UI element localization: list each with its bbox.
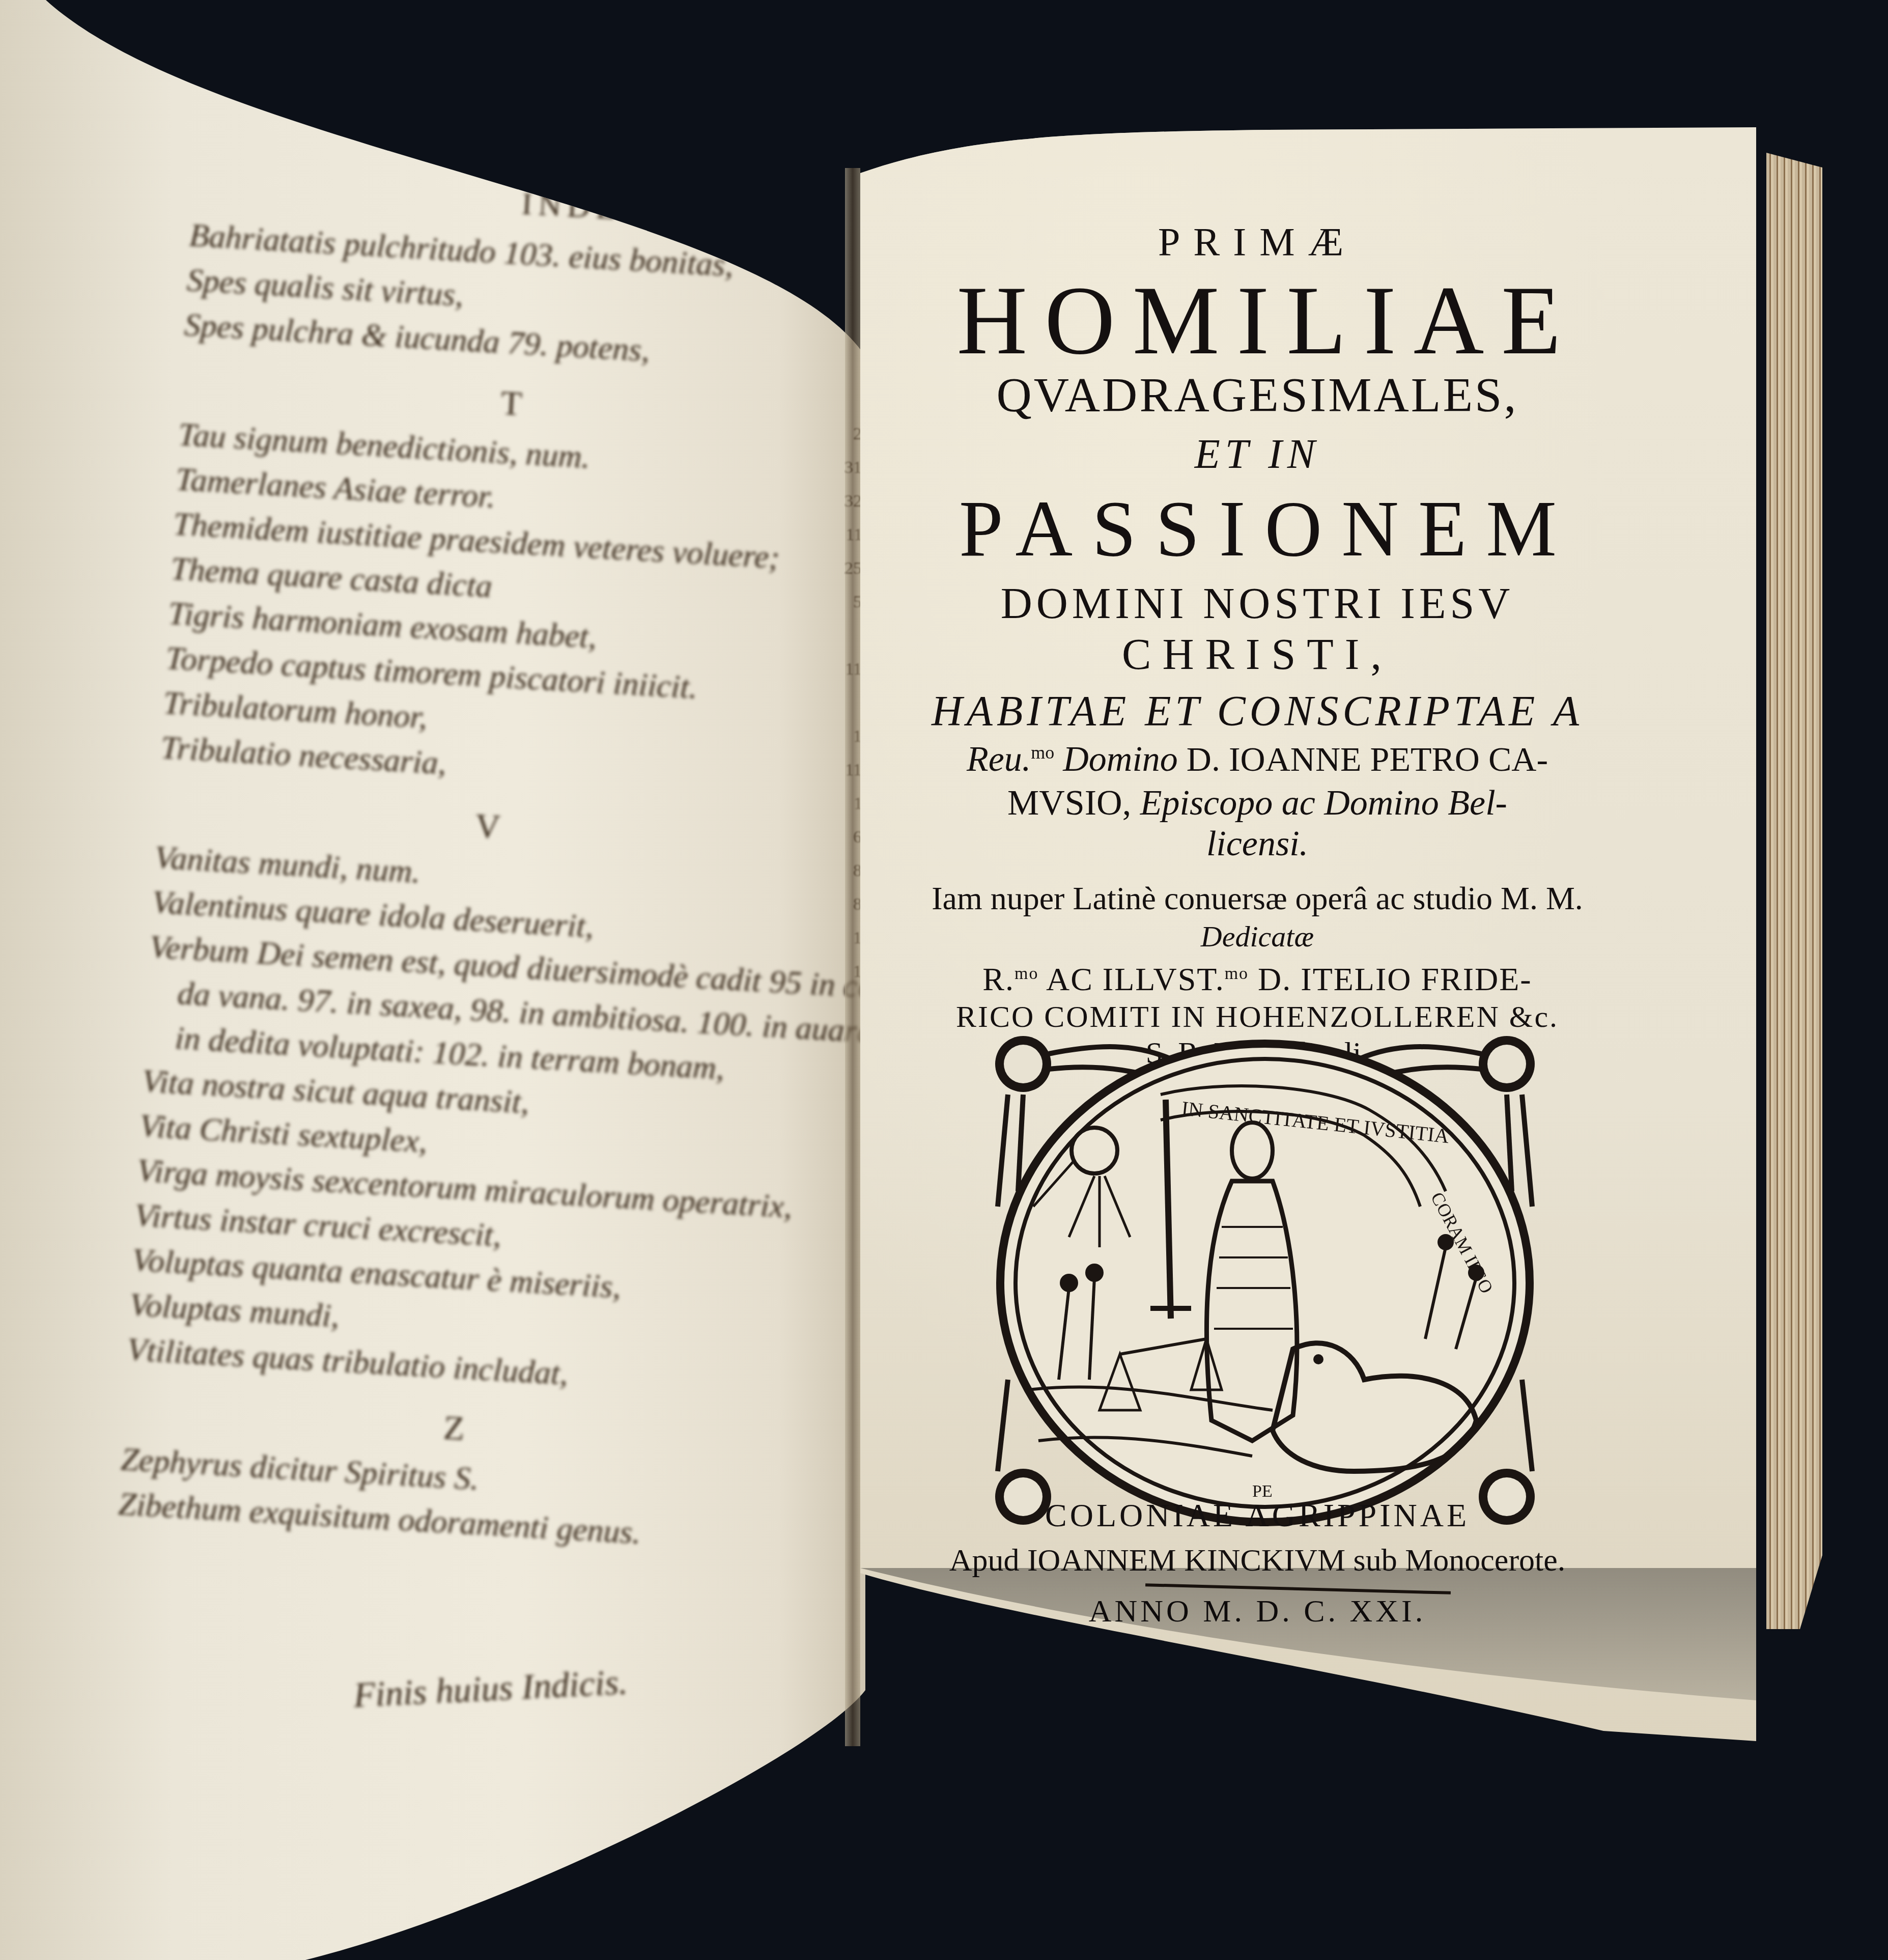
title-quadragesimales: QVADRAGESIMALES, <box>860 367 1654 423</box>
author-honorific: Reu. <box>967 740 1031 779</box>
index-closing: Finis huius Indicis. <box>353 1653 772 1718</box>
title-domini: DOMINI NOSTRI IESV <box>860 578 1654 629</box>
index-section-t: Tau signum benedictionis, num. Tamerlane… <box>159 412 840 806</box>
dedication-label: Dedicatæ <box>860 919 1654 954</box>
author-name: D. IOANNE PETRO CA- <box>1187 740 1548 778</box>
left-page-index: INDEX Bahriatatis pulchritudo 103. eius … <box>0 0 865 1960</box>
dedicatee-line: R.mo AC ILLVST.mo D. ITELIO FRIDE- <box>860 961 1654 998</box>
title-prime: PRIMÆ <box>860 219 1654 265</box>
book-gutter <box>845 168 860 1746</box>
index-section-s: Bahriatatis pulchritudo 103. eius bonita… <box>183 213 852 384</box>
dedicatee-sup: mo <box>1015 964 1038 983</box>
translation-note: Iam nuper Latinè conuersæ operâ ac studi… <box>860 880 1654 917</box>
right-page-title: PRIMÆ HOMILIAE QVADRAGESIMALES, ET IN PA… <box>860 127 1756 1741</box>
dedicatee-name: D. ITELIO FRIDE- <box>1258 961 1532 997</box>
title-habitae: HABITAE ET CONSCRIPTAE A <box>860 687 1654 736</box>
author-name-cont: MVSIO, <box>1007 783 1131 823</box>
title-homiliae: HOMILIAE <box>881 270 1654 372</box>
author-domino: Domino <box>1063 740 1178 779</box>
author-line: Reu.mo Domino D. IOANNE PETRO CA- <box>860 739 1654 780</box>
dedicatee-illust: AC ILLVST. <box>1046 961 1225 997</box>
index-section-v: Vanitas mundi, num. Valentinus quare ido… <box>126 835 816 1409</box>
title-block: PRIMÆ HOMILIAE QVADRAGESIMALES, ET IN PA… <box>860 199 1654 1071</box>
imprint-city: COLONIAE AGRIPPINAE <box>860 1497 1654 1534</box>
dedicatee-sup: mo <box>1225 964 1249 983</box>
dedicatee-prefix: R. <box>982 961 1015 997</box>
author-honorific-sup: mo <box>1031 742 1054 763</box>
author-see: licensi. <box>860 824 1654 864</box>
title-et-in: ET IN <box>860 430 1654 478</box>
page-edges <box>1766 153 1822 1629</box>
index-content: INDEX Bahriatatis pulchritudo 103. eius … <box>108 163 854 1720</box>
author-line-2: MVSIO, Episcopo ac Domino Bel- <box>860 783 1654 824</box>
title-passionem: PASSIONEM <box>881 483 1654 575</box>
title-christi: CHRISTI, <box>860 629 1654 680</box>
woodcut-printers-device: IN SANCTITATE ET IVSTITIA CORAM IPSO <box>967 1023 1563 1537</box>
author-title: Episcopo ac Domino Bel- <box>1140 783 1507 823</box>
